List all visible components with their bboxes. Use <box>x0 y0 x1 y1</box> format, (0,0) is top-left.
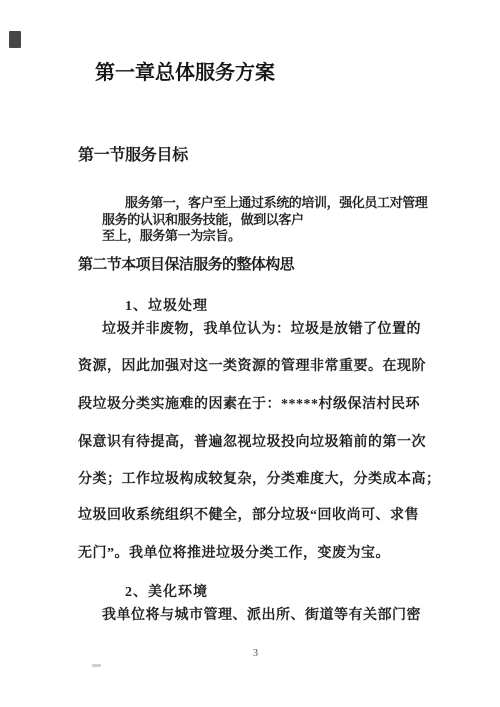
document-page: 第一章总体服务方案 第一节服务目标 服务第一，客户至上通过系统的培训，强化员工对… <box>0 0 500 707</box>
page-number: 3 <box>253 649 258 659</box>
section-heading-overall-concept: 第二节本项目保洁服务的整体构思 <box>78 258 294 273</box>
list-item-beautify-environment: 2、美化环境 <box>125 586 208 600</box>
paragraph-line: 垃圾回收系统组织不健全，部分垃圾“回收尚可、求售 <box>78 509 419 523</box>
paragraph-line: 段垃圾分类实施难的因素在于：*****村级保洁村民环 <box>78 398 420 412</box>
paragraph-line: 分类；工作垃圾构成较复杂，分类难度大，分类成本高； <box>78 473 441 487</box>
paragraph-line: 资源，因此加强对这一类资源的管理非常重要。在现阶 <box>78 360 426 374</box>
paragraph-line: 服务第一，客户至上通过系统的培训，强化员工对管理 <box>125 196 427 209</box>
paragraph-line: 服务的认识和服务技能，做到以客户 <box>102 213 304 226</box>
scan-artifact-mark <box>9 31 21 48</box>
paragraph-line: 垃圾并非废物，我单位认为：垃圾是放错了位置的 <box>102 323 421 337</box>
paragraph-line: 至上，服务第一为宗旨。 <box>102 229 241 242</box>
paragraph-line: 无门”。我单位将推进垃圾分类工作，变废为宝。 <box>78 547 390 561</box>
list-item-garbage-handling: 1、垃圾处理 <box>125 300 208 314</box>
paragraph-line: 保意识有待提高，普遍忽视垃圾投向垃圾箱前的第一次 <box>78 436 426 450</box>
scan-smudge-mark <box>92 664 101 667</box>
section-heading-service-goal: 第一节服务目标 <box>78 148 188 164</box>
document-title: 第一章总体服务方案 <box>95 63 275 83</box>
paragraph-line: 我单位将与城市管理、派出所、街道等有关部门密 <box>102 609 421 623</box>
